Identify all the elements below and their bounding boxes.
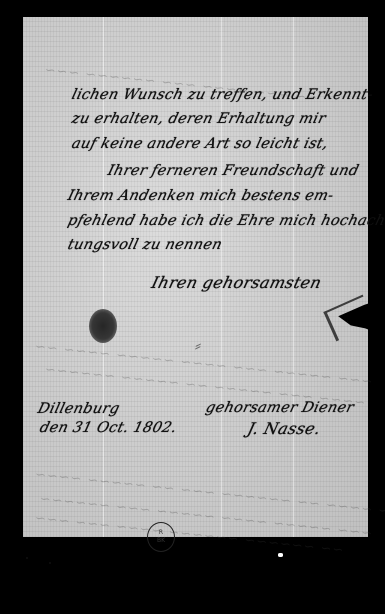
stamp-text-top: R	[159, 529, 163, 537]
pencil-mark: ⸗	[195, 335, 201, 356]
letter-line: Ihrem Andenken mich bestens em-	[66, 188, 335, 204]
letter-place: Dillenburg	[36, 401, 121, 417]
letter-line: Ihrer ferneren Freundschaft und	[106, 163, 361, 179]
speck	[26, 557, 28, 559]
letter-date: den 31 Oct. 1802.	[38, 420, 179, 436]
letter-line: zu erhalten, deren Erhaltung mir	[70, 111, 327, 127]
stamp-text-bottom: BK	[157, 537, 165, 545]
archive-stamp: R BK	[147, 522, 175, 552]
paper-hole	[278, 553, 283, 557]
letter-line: pfehlend habe ich die Ehre mich hochach-	[66, 213, 385, 229]
letter-line: tungsvoll zu nennen	[66, 237, 224, 253]
signature: J. Nasse.	[246, 419, 323, 438]
ink-blot	[89, 309, 117, 343]
signature-closing: gehorsamer Diener	[204, 400, 356, 416]
letter-closing: Ihren gehorsamsten	[150, 273, 324, 292]
letter-line: auf keine andere Art so leicht ist,	[70, 136, 330, 152]
letter-line: lichen Wunsch zu treffen, und Erkennt-	[70, 87, 375, 103]
speck	[49, 562, 51, 564]
